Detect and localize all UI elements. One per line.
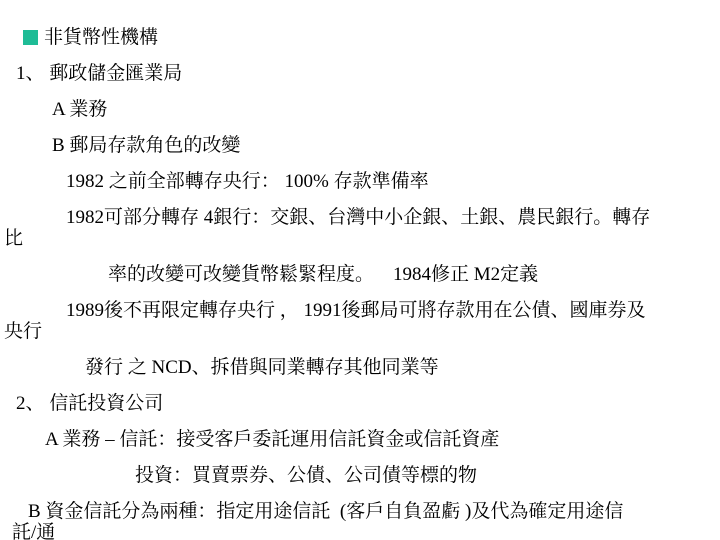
slide-text: 1989後不再限定轉存央行 ， 1991後郵局可將存款用在公債、國庫券及 — [66, 300, 646, 321]
slide-text-line: 1982 之前全部轉存央行： 100% 存款準備率 — [0, 171, 720, 192]
slide-text: 率的改變可改變貨幣鬆緊程度。 1984修正 M2定義 — [108, 264, 538, 285]
slide-text: B 資金信託分為兩種：指定用途信託 (客戶自負盈虧 )及代為確定用途信 — [28, 501, 623, 522]
square-bullet-icon — [23, 30, 38, 45]
slide-text-line: 2、 信託投資公司 — [0, 393, 720, 414]
slide-text-line: 1、 郵政儲金匯業局 — [0, 63, 720, 84]
slide-text-line: B 資金信託分為兩種：指定用途信託 (客戶自負盈虧 )及代為確定用途信 — [0, 501, 720, 522]
slide-text: 非貨幣性機構 — [44, 27, 158, 48]
slide-text-line: 非貨幣性機構 — [0, 27, 720, 48]
slide-text: 央行 — [4, 321, 42, 342]
slide-text-line: 1989後不再限定轉存央行 ， 1991後郵局可將存款用在公債、國庫券及 — [0, 300, 720, 321]
slide-text-line: 比 — [0, 228, 720, 249]
slide-text: 1982可部分轉存 4銀行：交銀、台灣中小企銀、土銀、農民銀行。轉存 — [66, 207, 650, 228]
slide: 非貨幣性機構1、 郵政儲金匯業局A 業務B 郵局存款角色的改變1982 之前全部… — [0, 0, 720, 540]
slide-text-line: 率的改變可改變貨幣鬆緊程度。 1984修正 M2定義 — [0, 264, 720, 285]
slide-text: 託/通 — [12, 522, 55, 540]
slide-text: 發行 之 NCD、拆借與同業轉存其他同業等 — [85, 357, 439, 378]
slide-body: 非貨幣性機構1、 郵政儲金匯業局A 業務B 郵局存款角色的改變1982 之前全部… — [0, 27, 720, 540]
slide-text-line: 1982可部分轉存 4銀行：交銀、台灣中小企銀、土銀、農民銀行。轉存 — [0, 207, 720, 228]
slide-text-line: 央行 — [0, 321, 720, 342]
slide-text-line: B 郵局存款角色的改變 — [0, 135, 720, 156]
slide-text-line: A 業務 — [0, 99, 720, 120]
slide-text-line: A 業務 – 信託：接受客戶委託運用信託資金或信託資產 — [0, 429, 720, 450]
slide-text-line: 託/通 — [0, 522, 720, 540]
slide-text: 1982 之前全部轉存央行： 100% 存款準備率 — [66, 171, 429, 192]
slide-text: 投資：買賣票券、公債、公司債等標的物 — [135, 465, 477, 486]
slide-text: 2、 信託投資公司 — [16, 393, 163, 414]
slide-text-line: 投資：買賣票券、公債、公司債等標的物 — [0, 465, 720, 486]
slide-text-line: 發行 之 NCD、拆借與同業轉存其他同業等 — [0, 357, 720, 378]
slide-text: A 業務 – 信託：接受客戶委託運用信託資金或信託資產 — [45, 429, 499, 450]
slide-text: 1、 郵政儲金匯業局 — [16, 63, 182, 84]
slide-text: A 業務 — [52, 99, 107, 120]
slide-text: 比 — [4, 228, 23, 249]
slide-text: B 郵局存款角色的改變 — [52, 135, 240, 156]
